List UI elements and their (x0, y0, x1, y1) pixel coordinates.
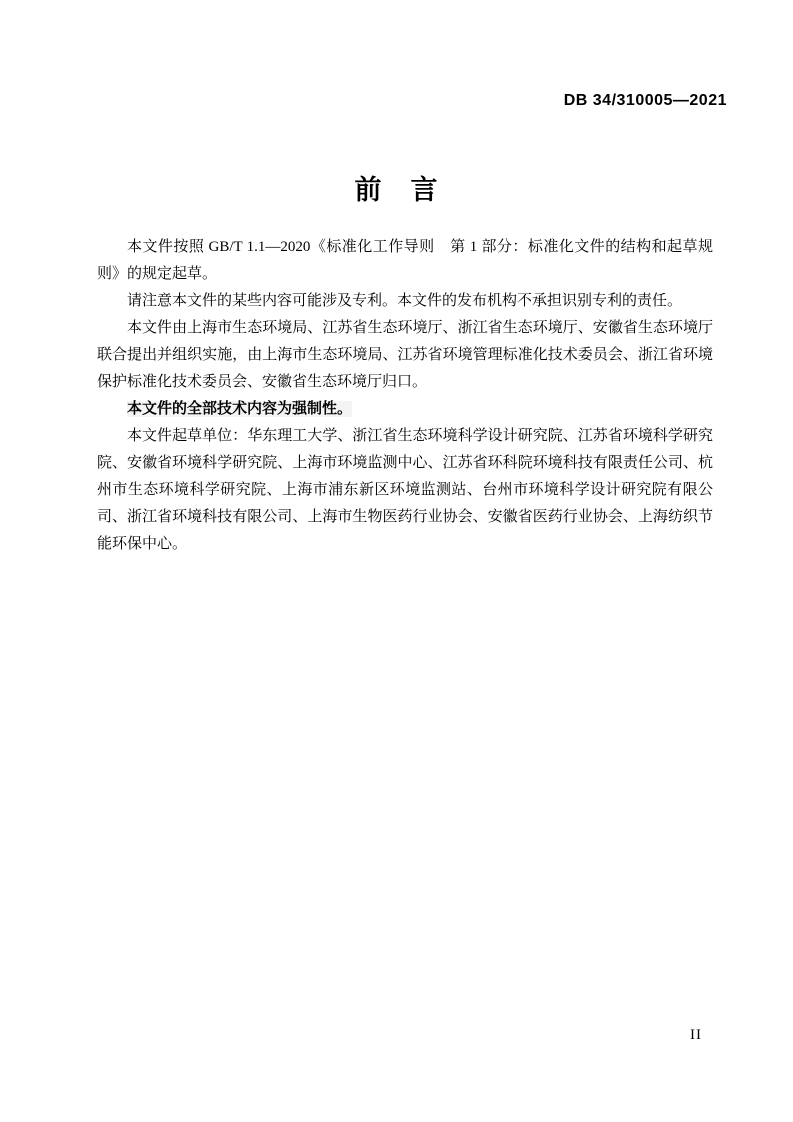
document-page: DB 34/310005—2021 前 言 本文件按照 GB/T 1.1—202… (0, 0, 793, 1122)
paragraph-drafting-rules: 本文件按照 GB/T 1.1—2020《标准化工作导则 第 1 部分：标准化文件… (97, 234, 713, 288)
paragraph-mandatory-notice: 本文件的全部技术内容为强制性。 (97, 396, 713, 423)
standard-number: DB 34/310005—2021 (564, 92, 727, 110)
paragraph-patent-notice: 请注意本文件的某些内容可能涉及专利。本文件的发布机构不承担识别专利的责任。 (97, 288, 713, 315)
foreword-title: 前 言 (0, 168, 793, 207)
foreword-content: 本文件按照 GB/T 1.1—2020《标准化工作导则 第 1 部分：标准化文件… (97, 234, 713, 558)
mandatory-notice-text: 本文件的全部技术内容为强制性。 (127, 401, 352, 417)
page-number: II (690, 1027, 702, 1044)
paragraph-proposing-bodies: 本文件由上海市生态环境局、江苏省生态环境厅、浙江省生态环境厅、安徽省生态环境厅联… (97, 315, 713, 396)
paragraph-drafting-organizations: 本文件起草单位：华东理工大学、浙江省生态环境科学设计研究院、江苏省环境科学研究院… (97, 423, 713, 558)
